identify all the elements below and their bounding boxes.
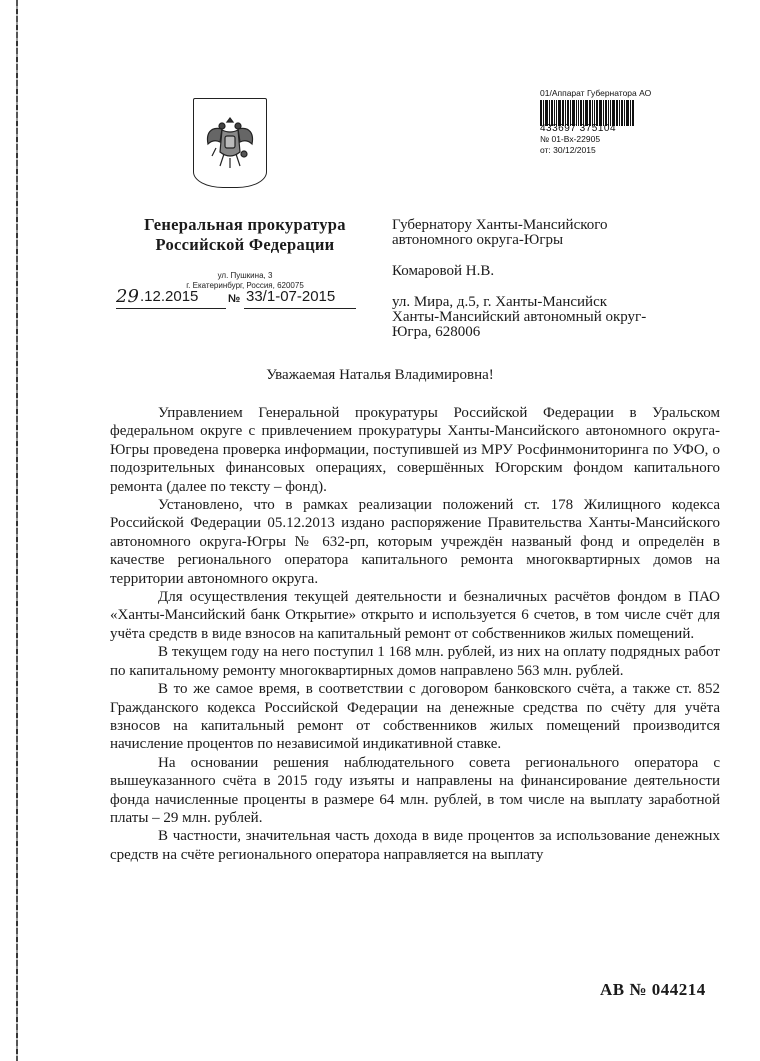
recipient-address-line3: Югра, 628006 [392, 325, 712, 340]
letter-date: .12.2015 [140, 288, 198, 305]
recipient-title-line2: автономного округа-Югры [392, 233, 712, 248]
recipient-name: Комаровой Н.В. [392, 264, 712, 279]
handwritten-day: 29 [116, 286, 139, 307]
recipient-title-line1: Губернатору Ханты-Мансийского [392, 218, 712, 233]
sender-org-line2: Российской Федерации [115, 235, 375, 255]
incoming-registration-stamp: 01/Аппарат Губернатора АО 433697 375104 … [540, 88, 690, 156]
date-underline [116, 308, 226, 309]
number-sign: № [228, 293, 240, 305]
incoming-number: № 01-Вх-22905 [540, 134, 690, 145]
registration-line: 29 .12.2015 № 33/1-07-2015 [116, 288, 356, 310]
paragraph: На основании решения наблюдательного сов… [110, 754, 720, 828]
sender-address-line1: ул. Пушкина, 3 [115, 271, 375, 281]
incoming-date: от: 30/12/2015 [540, 145, 690, 156]
letter-body: Управлением Генеральной прокуратуры Росс… [110, 404, 720, 864]
paragraph: В текущем году на него поступил 1 168 мл… [110, 643, 720, 680]
paragraph: В частности, значительная часть дохода в… [110, 827, 720, 864]
paragraph: Управлением Генеральной прокуратуры Росс… [110, 404, 720, 496]
number-underline [244, 308, 356, 309]
form-serial-code: АВ № 044214 [600, 980, 706, 1000]
coat-of-arms-emblem [193, 98, 267, 188]
paragraph: Для осуществления текущей деятельности и… [110, 588, 720, 643]
sender-org-line1: Генеральная прокуратура [115, 215, 375, 235]
recipient-address-line2: Ханты-Мансийский автономный округ- [392, 310, 712, 325]
sender-organization: Генеральная прокуратура Российской Федер… [115, 215, 375, 255]
double-headed-eagle-icon [202, 112, 258, 174]
registration-number: 33/1-07-2015 [246, 288, 335, 305]
stamp-department: 01/Аппарат Губернатора АО [540, 88, 690, 98]
recipient-block: Губернатору Ханты-Мансийского автономног… [392, 218, 712, 340]
recipient-address: ул. Мира, д.5, г. Ханты-Мансийск Ханты-М… [392, 295, 712, 340]
salutation: Уважаемая Наталья Владимировна! [0, 367, 760, 384]
barcode-number: 433697 375104 [540, 124, 690, 134]
paragraph: Установлено, что в рамках реализации пол… [110, 496, 720, 588]
recipient-title: Губернатору Ханты-Мансийского автономног… [392, 218, 712, 248]
paragraph: В то же самое время, в соответствии с до… [110, 680, 720, 754]
scan-edge-artifact [16, 0, 18, 1061]
recipient-address-line1: ул. Мира, д.5, г. Ханты-Мансийск [392, 295, 712, 310]
